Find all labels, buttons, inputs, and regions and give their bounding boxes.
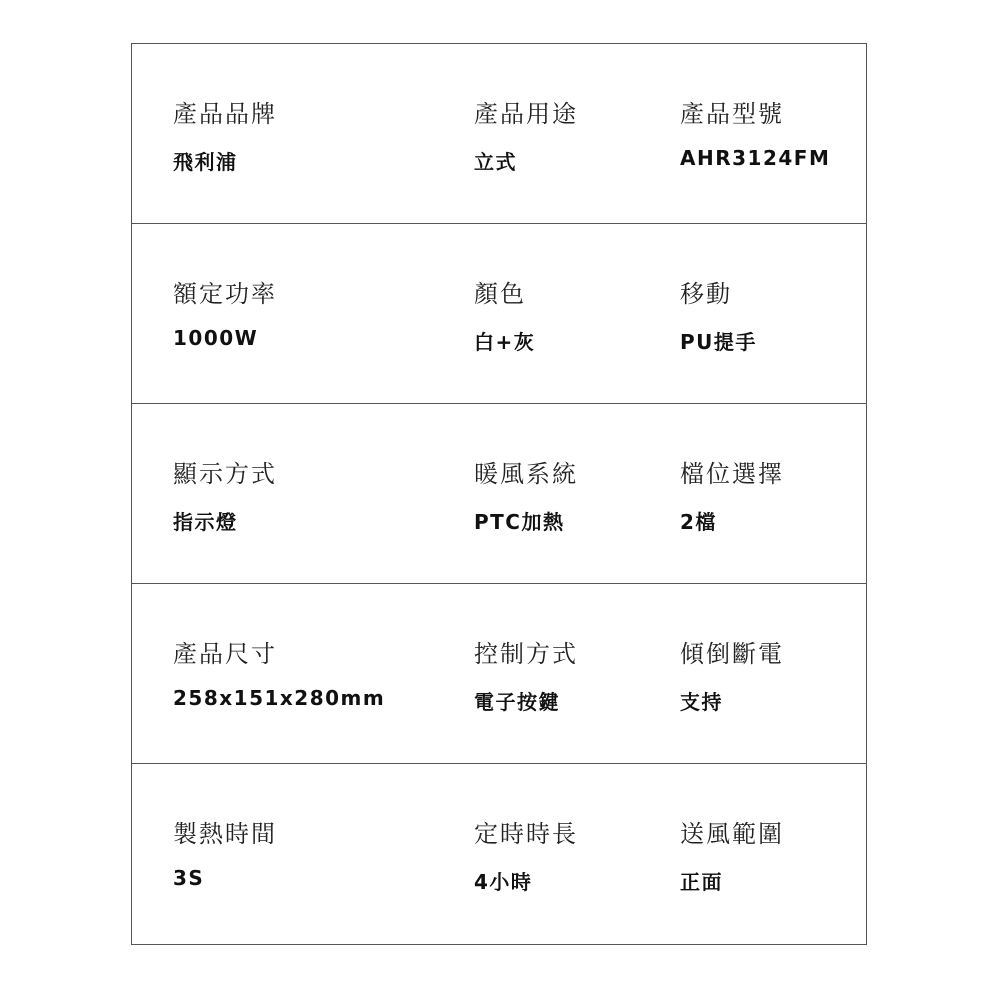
spec-value: 支持	[680, 686, 723, 715]
spec-value: 3S	[173, 866, 204, 890]
spec-label: 產品品牌	[173, 94, 277, 129]
spec-value: 立式	[474, 146, 517, 175]
spec-value: AHR3124FM	[680, 146, 830, 170]
spec-value: 白+灰	[474, 326, 535, 355]
spec-row-4: 產品尺寸 258x151x280mm 控制方式 電子按鍵 傾倒斷電 支持	[132, 584, 866, 764]
spec-value: 飛利浦	[173, 146, 238, 175]
spec-value: PU提手	[680, 326, 757, 355]
spec-value: 4小時	[474, 866, 532, 895]
spec-label: 製熱時間	[173, 814, 277, 849]
spec-label: 顯示方式	[173, 454, 277, 489]
spec-row-2: 額定功率 1000W 顏色 白+灰 移動 PU提手	[132, 224, 866, 404]
spec-label: 顏色	[474, 274, 526, 309]
spec-label: 定時時長	[474, 814, 578, 849]
spec-label: 產品尺寸	[173, 634, 277, 669]
spec-value: 258x151x280mm	[173, 686, 385, 710]
spec-row-3: 顯示方式 指示燈 暖風系統 PTC加熱 檔位選擇 2檔	[132, 404, 866, 584]
spec-label: 移動	[680, 274, 732, 309]
spec-table: 產品品牌 飛利浦 產品用途 立式 產品型號 AHR3124FM 額定功率 100…	[131, 43, 867, 945]
spec-label: 產品用途	[474, 94, 578, 129]
spec-label: 產品型號	[680, 94, 784, 129]
spec-value: 正面	[680, 866, 723, 895]
spec-value: 1000W	[173, 326, 258, 350]
spec-row-5: 製熱時間 3S 定時時長 4小時 送風範圍 正面	[132, 764, 866, 944]
spec-label: 控制方式	[474, 634, 578, 669]
spec-value: 2檔	[680, 506, 717, 535]
spec-value: 電子按鍵	[474, 686, 560, 715]
spec-value: 指示燈	[173, 506, 238, 535]
spec-label: 額定功率	[173, 274, 277, 309]
spec-value: PTC加熱	[474, 506, 564, 535]
spec-label: 傾倒斷電	[680, 634, 784, 669]
spec-row-1: 產品品牌 飛利浦 產品用途 立式 產品型號 AHR3124FM	[132, 44, 866, 224]
spec-label: 暖風系統	[474, 454, 578, 489]
spec-label: 檔位選擇	[680, 454, 784, 489]
spec-label: 送風範圍	[680, 814, 784, 849]
